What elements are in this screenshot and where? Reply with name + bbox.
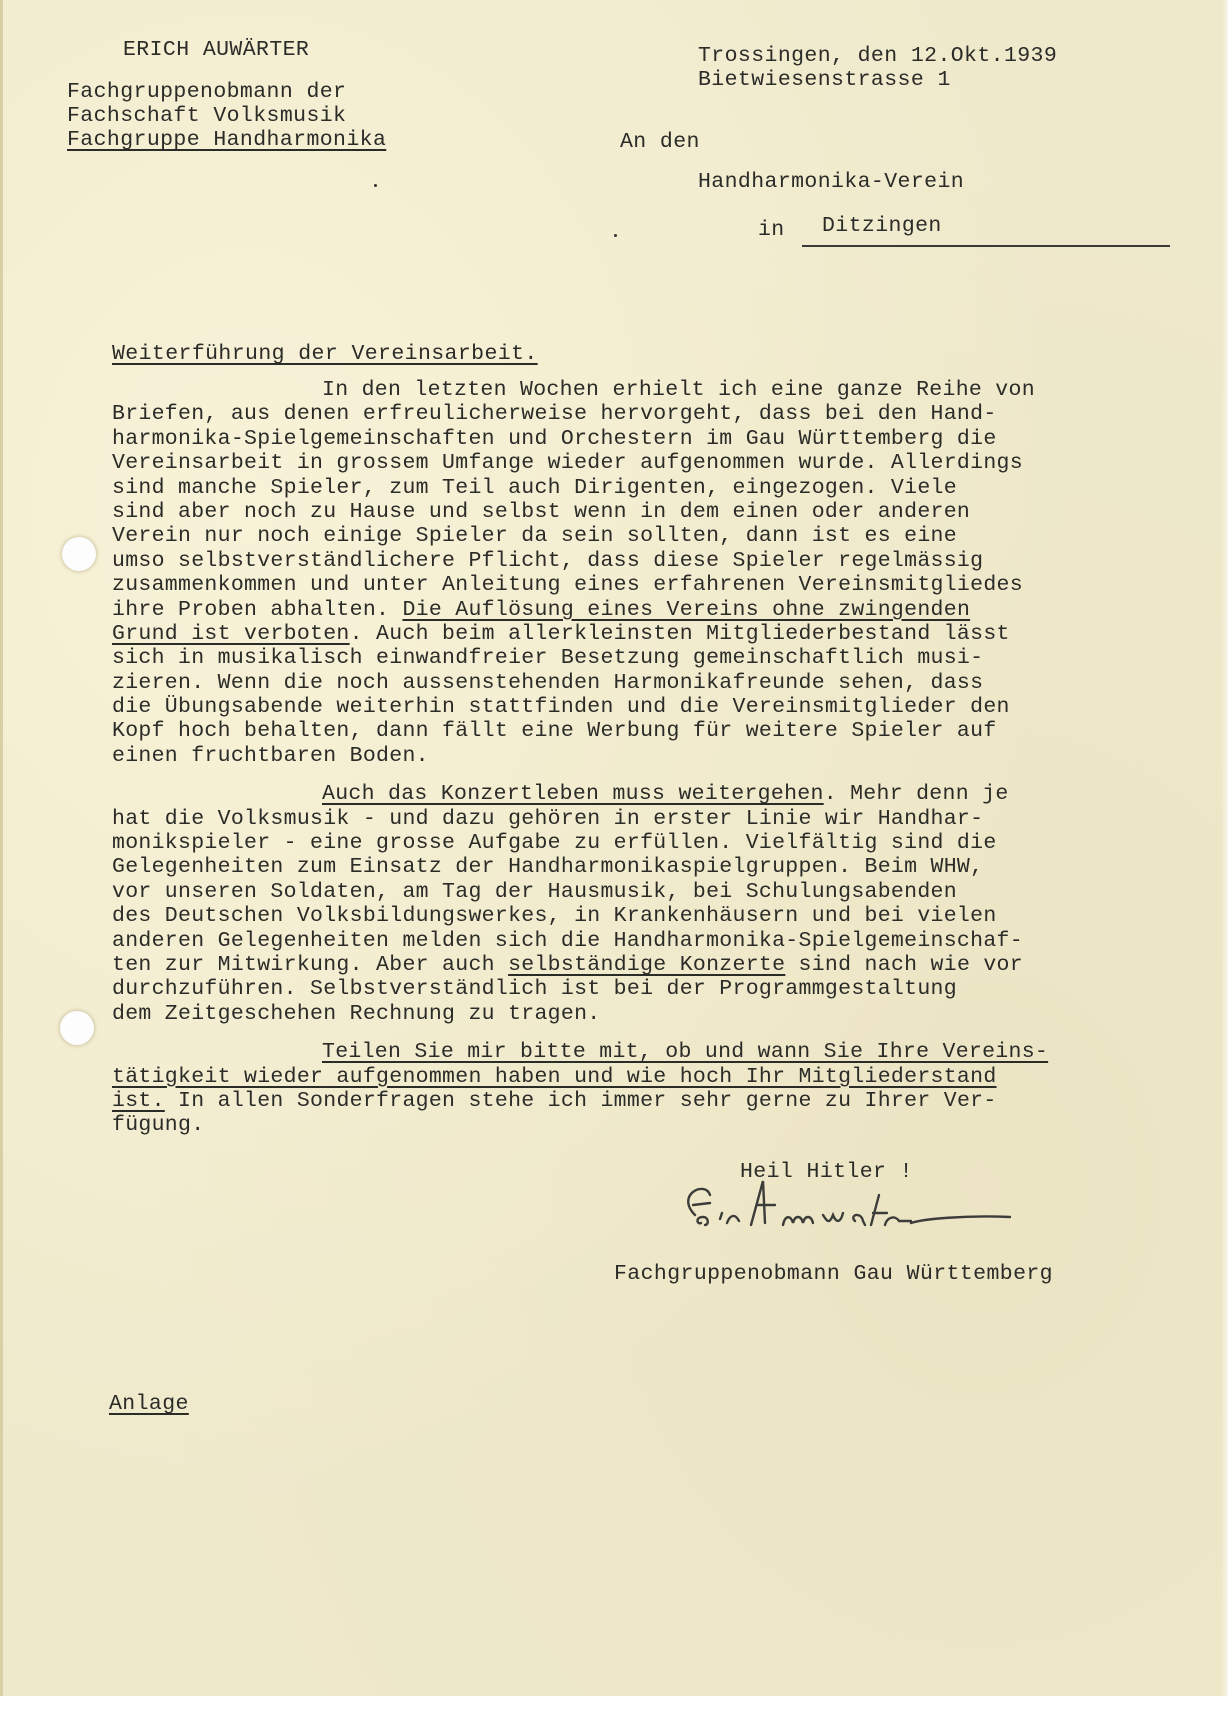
- underlined-phrase: tätigkeit wieder aufgenommen haben und w…: [112, 1065, 997, 1089]
- text-segment: durchzuführen. Selbstverständlich ist be…: [112, 977, 957, 1001]
- punch-hole-top: [62, 537, 96, 571]
- text-line: Gelegenheiten zum Einsatz der Handharmon…: [112, 855, 1048, 879]
- text-segment: harmonika-Spielgemeinschaften und Orches…: [112, 427, 997, 451]
- text-segment: sind manche Spieler, zum Teil auch Dirig…: [112, 476, 957, 500]
- text-segment: Gelegenheiten zum Einsatz der Handharmon…: [112, 855, 983, 879]
- text-line: Kopf hoch behalten, dann fällt eine Werb…: [112, 719, 1048, 743]
- underlined-phrase: Grund ist verboten: [112, 622, 350, 646]
- underlined-phrase: selbständige Konzerte: [508, 953, 785, 977]
- text-segment: ihre Proben abhalten.: [112, 598, 402, 622]
- text-segment: . Auch beim allerkleinsten Mitgliederbes…: [350, 622, 1010, 646]
- punch-hole-bottom: [60, 1011, 94, 1045]
- text-segment: zusammenkommen und unter Anleitung eines…: [112, 573, 1023, 597]
- recipient-in-label: in: [758, 218, 785, 243]
- text-line: einen fruchtbaren Boden.: [112, 744, 1048, 768]
- text-line: zusammenkommen und unter Anleitung eines…: [112, 573, 1048, 597]
- text-segment: Vereinsarbeit in grossem Umfange wieder …: [112, 451, 1023, 475]
- text-line: hat die Volksmusik - und dazu gehören in…: [112, 807, 1048, 831]
- text-line: vor unseren Soldaten, am Tag der Hausmus…: [112, 880, 1048, 904]
- text-segment: In den letzten Wochen erhielt ich eine g…: [322, 378, 1035, 402]
- city-underline: [802, 245, 1170, 247]
- handwritten-signature-icon: [665, 1175, 1085, 1235]
- signer-title: Fachgruppenobmann Gau Württemberg: [614, 1262, 1053, 1287]
- text-segment: In allen Sonderfragen stehe ich immer se…: [165, 1089, 997, 1113]
- subject-line: Weiterführung der Vereinsarbeit.: [112, 342, 538, 367]
- recipient-salutation: An den: [620, 130, 700, 155]
- paper-edge: [0, 0, 3, 1696]
- text-line: tätigkeit wieder aufgenommen haben und w…: [112, 1065, 1048, 1089]
- text-line: monikspieler - eine grosse Aufgabe zu er…: [112, 831, 1048, 855]
- paragraph: In den letzten Wochen erhielt ich eine g…: [112, 378, 1048, 768]
- place-date: Trossingen, den 12.Okt.1939: [698, 44, 1057, 69]
- underlined-phrase: Auch das Konzertleben muss weitergehen: [322, 782, 824, 806]
- text-line: fügung.: [112, 1113, 1048, 1137]
- underlined-phrase: ist.: [112, 1089, 165, 1113]
- sender-title-line-2: Fachschaft Volksmusik: [67, 104, 346, 129]
- text-line: Verein nur noch einige Spieler da sein s…: [112, 524, 1048, 548]
- text-line: die Übungsabende weiterhin stattfinden u…: [112, 695, 1048, 719]
- text-line: umso selbstverständlichere Pflicht, dass…: [112, 549, 1048, 573]
- text-line: Grund ist verboten. Auch beim allerklein…: [112, 622, 1048, 646]
- text-line: zieren. Wenn die noch aussenstehenden Ha…: [112, 671, 1048, 695]
- text-segment: . Mehr denn je: [824, 782, 1009, 806]
- ink-speck: [614, 234, 617, 237]
- text-line: Teilen Sie mir bitte mit, ob und wann Si…: [112, 1040, 1048, 1064]
- paragraph: Auch das Konzertleben muss weitergehen. …: [112, 782, 1048, 1026]
- text-segment: vor unseren Soldaten, am Tag der Hausmus…: [112, 880, 957, 904]
- text-segment: die Übungsabende weiterhin stattfinden u…: [112, 695, 1010, 719]
- text-segment: monikspieler - eine grosse Aufgabe zu er…: [112, 831, 997, 855]
- text-line: anderen Gelegenheiten melden sich die Ha…: [112, 929, 1048, 953]
- text-segment: einen fruchtbaren Boden.: [112, 744, 429, 768]
- letter-body: In den letzten Wochen erhielt ich eine g…: [112, 378, 1048, 1138]
- text-line: Auch das Konzertleben muss weitergehen. …: [112, 782, 1048, 806]
- text-line: ten zur Mitwirkung. Aber auch selbständi…: [112, 953, 1048, 977]
- recipient-name: Handharmonika-Verein: [698, 170, 964, 195]
- recipient-city: Ditzingen: [822, 214, 942, 239]
- text-line: ist. In allen Sonderfragen stehe ich imm…: [112, 1089, 1048, 1113]
- text-line: In den letzten Wochen erhielt ich eine g…: [112, 378, 1048, 402]
- text-line: sind aber noch zu Hause und selbst wenn …: [112, 500, 1048, 524]
- text-segment: Kopf hoch behalten, dann fällt eine Werb…: [112, 719, 997, 743]
- sender-name: ERICH AUWÄRTER: [123, 38, 309, 63]
- text-segment: sind nach wie vor: [785, 953, 1023, 977]
- text-segment: ten zur Mitwirkung. Aber auch: [112, 953, 508, 977]
- text-line: Vereinsarbeit in grossem Umfange wieder …: [112, 451, 1048, 475]
- sender-title-line-3: Fachgruppe Handharmonika: [67, 128, 386, 153]
- text-segment: des Deutschen Volksbildungswerkes, in Kr…: [112, 904, 997, 928]
- text-line: durchzuführen. Selbstverständlich ist be…: [112, 977, 1048, 1001]
- text-segment: sind aber noch zu Hause und selbst wenn …: [112, 500, 970, 524]
- letter-paper: ERICH AUWÄRTER Fachgruppenobmann der Fac…: [0, 0, 1228, 1696]
- text-line: ihre Proben abhalten. Die Auflösung eine…: [112, 598, 1048, 622]
- street-address: Bietwiesenstrasse 1: [698, 68, 951, 93]
- text-line: sind manche Spieler, zum Teil auch Dirig…: [112, 476, 1048, 500]
- text-segment: hat die Volksmusik - und dazu gehören in…: [112, 807, 983, 831]
- text-line: harmonika-Spielgemeinschaften und Orches…: [112, 427, 1048, 451]
- ink-speck: [374, 184, 377, 187]
- underlined-phrase: Die Auflösung eines Vereins ohne zwingen…: [402, 598, 970, 622]
- text-segment: zieren. Wenn die noch aussenstehenden Ha…: [112, 671, 983, 695]
- text-segment: umso selbstverständlichere Pflicht, dass…: [112, 549, 983, 573]
- text-line: des Deutschen Volksbildungswerkes, in Kr…: [112, 904, 1048, 928]
- text-line: dem Zeitgeschehen Rechnung zu tragen.: [112, 1002, 1048, 1026]
- text-line: Briefen, aus denen erfreulicherweise her…: [112, 402, 1048, 426]
- text-segment: sich in musikalisch einwandfreier Besetz…: [112, 646, 983, 670]
- text-segment: Briefen, aus denen erfreulicherweise her…: [112, 402, 997, 426]
- paragraph: Teilen Sie mir bitte mit, ob und wann Si…: [112, 1040, 1048, 1138]
- underlined-phrase: Teilen Sie mir bitte mit, ob und wann Si…: [322, 1040, 1048, 1064]
- text-segment: Verein nur noch einige Spieler da sein s…: [112, 524, 957, 548]
- text-line: sich in musikalisch einwandfreier Besetz…: [112, 646, 1048, 670]
- enclosure-label: Anlage: [109, 1392, 189, 1417]
- sender-title-line-1: Fachgruppenobmann der: [67, 80, 346, 105]
- text-segment: fügung.: [112, 1113, 204, 1137]
- text-segment: anderen Gelegenheiten melden sich die Ha…: [112, 929, 1023, 953]
- text-segment: dem Zeitgeschehen Rechnung zu tragen.: [112, 1002, 600, 1026]
